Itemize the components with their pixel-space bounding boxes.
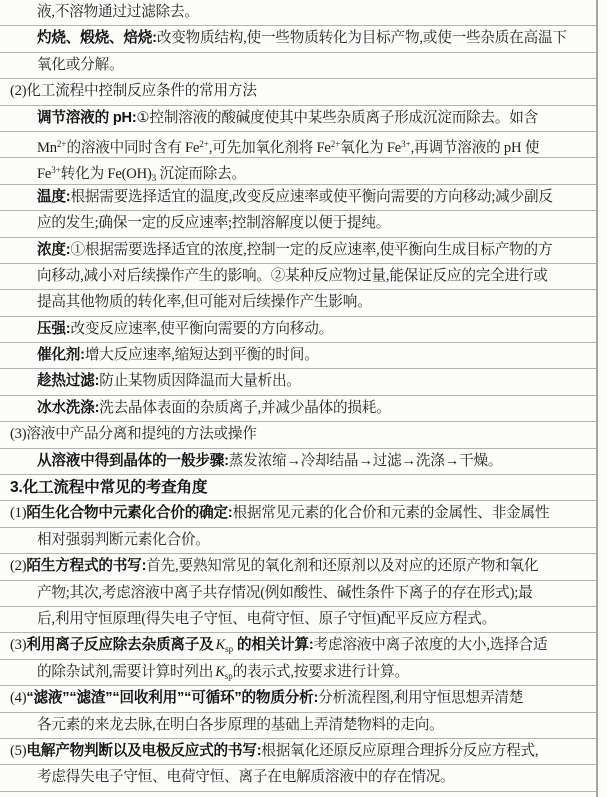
document-row: 相对强弱判断元素化合价。 bbox=[0, 528, 596, 554]
text-segment: ,可先加氧化剂将 Fe bbox=[209, 140, 331, 156]
text-segment: 催化剂: bbox=[37, 347, 85, 363]
text-segment: 改变物质结构,使一些物质转化为目标产物,或使一些杂质在高温下 bbox=[157, 30, 567, 46]
document-row: 压强:改变反应速率,使平衡向需要的方向移动。 bbox=[0, 317, 596, 343]
text-segment: (2) bbox=[10, 558, 26, 574]
document-row: 向移动,减小对后续操作产生的影响。②某种反应物过量,能保证反应的完全进行或 bbox=[0, 264, 596, 290]
text-segment: 氧化为 Fe bbox=[340, 140, 401, 156]
text-segment: 陌生方程式的书写: bbox=[26, 558, 146, 574]
text-segment: 趁热过滤: bbox=[37, 373, 99, 389]
text-segment: ①控制溶液的酸碱度使其中某些杂质离子形成沉淀而除去。如含 bbox=[137, 110, 539, 126]
text-segment: (3) bbox=[10, 637, 26, 653]
document-row: 浓度:①根据需要选择适宜的浓度,控制一定的反应速率,使平衡向生成目标产物的方 bbox=[0, 238, 596, 264]
text-segment: 浓度: bbox=[37, 242, 70, 258]
text-segment: sp bbox=[225, 644, 233, 654]
text-segment: 2+ bbox=[199, 139, 209, 149]
text-segment: 提高其他物质的转化率,但可能对后续操作产生影响。 bbox=[37, 294, 372, 310]
text-segment: 产物;其次,考虑溶液中离子共存情况(例如酸性、碱性条件下离子的存在形式);最 bbox=[37, 585, 532, 601]
text-segment: 的溶液中同时含有 Fe bbox=[66, 140, 199, 156]
text-segment: ①根据需要选择适宜的浓度,控制一定的反应速率,使平衡向生成目标产物的方 bbox=[70, 242, 552, 258]
document-row: 趁热过滤:防止某物质因降温而大量析出。 bbox=[0, 369, 596, 395]
text-segment: “滤液”“滤渣”“回收利用”“可循环”的物质分析: bbox=[26, 690, 318, 706]
text-segment: 温度: bbox=[37, 189, 70, 205]
text-segment: sp bbox=[225, 671, 233, 681]
text-segment: 增大反应速率,缩短达到平衡的时间。 bbox=[85, 347, 319, 363]
text-segment: 根据常见元素的化合价和元素的金属性、非金属性 bbox=[233, 505, 550, 521]
text-segment: K bbox=[214, 637, 226, 653]
document-row: (2)化工流程中控制反应条件的常用方法 bbox=[0, 79, 596, 105]
text-segment: (5) bbox=[10, 743, 26, 759]
text-segment: 向移动,减小对后续操作产生的影响。②某种反应物过量,能保证反应的完全进行或 bbox=[37, 268, 548, 284]
text-segment: Mn bbox=[37, 140, 57, 156]
document-row: 应的发生;确保一定的反应速率;控制溶解度以便于提纯。 bbox=[0, 211, 596, 237]
text-segment: (4) bbox=[10, 690, 26, 706]
document-row: 考虑得失电子守恒、电荷守恒、离子在电解质溶液中的存在情况。 bbox=[0, 765, 596, 791]
scanned-document-page: 液,不溶物通过过滤除去。灼烧、煅烧、焙烧:改变物质结构,使一些物质转化为目标产物… bbox=[0, 0, 607, 797]
text-segment: (1) bbox=[10, 505, 26, 521]
text-segment: 利用离子反应除去杂质离子及 bbox=[26, 637, 213, 653]
document-row: 氧化或分解。 bbox=[0, 53, 596, 79]
text-segment: 的相关计算: bbox=[233, 637, 313, 653]
text-segment: 考虑得失电子守恒、电荷守恒、离子在电解质溶液中的存在情况。 bbox=[37, 769, 454, 785]
text-segment: 电解产物判断以及电极反应式的书写: bbox=[26, 743, 261, 759]
text-segment: 灼烧、煅烧、焙烧: bbox=[37, 30, 157, 46]
document-row: (2)陌生方程式的书写:首先,要熟知常见的氧化剂和还原剂以及对应的还原产物和氧化 bbox=[0, 554, 596, 580]
text-segment: 2+ bbox=[331, 139, 341, 149]
text-segment: 冰水洗涤: bbox=[37, 400, 99, 416]
text-segment: 沉淀而除去。 bbox=[156, 166, 246, 182]
text-segment: 根据需要选择适宜的温度,改变反应速率或使平衡向需要的方向移动;减少副反 bbox=[70, 189, 552, 205]
text-segment: 分析流程图,利用守恒思想弄清楚 bbox=[318, 690, 523, 706]
document-row: 3.化工流程中常见的考查角度 bbox=[0, 475, 596, 501]
text-segment: 各元素的来龙去脉,在明白各步原理的基础上弄清楚物料的走向。 bbox=[37, 717, 443, 733]
document-row: Fe3+转化为 Fe(OH)3 沉淀而除去。 bbox=[0, 158, 596, 184]
document-row: (5)电解产物判断以及电极反应式的书写:根据氧化还原反应原理合理拆分反应方程式, bbox=[0, 739, 596, 765]
document-row: (3)溶液中产品分离和提纯的方法或操作 bbox=[0, 422, 596, 448]
text-segment: Fe bbox=[37, 166, 51, 182]
document-row: Mn2+的溶液中同时含有 Fe2+,可先加氧化剂将 Fe2+氧化为 Fe3+,再… bbox=[0, 132, 596, 158]
text-segment: 根据氧化还原反应原理合理拆分反应方程式, bbox=[261, 743, 538, 759]
text-segment: 改变反应速率,使平衡向需要的方向移动。 bbox=[70, 321, 333, 337]
text-segment: 从溶液中得到晶体的一般步骤: bbox=[37, 453, 229, 469]
text-segment: 转化为 Fe(OH) bbox=[61, 166, 152, 182]
document-row: 催化剂:增大反应速率,缩短达到平衡的时间。 bbox=[0, 343, 596, 369]
text-segment: 3+ bbox=[51, 165, 61, 175]
document-text-rows: 液,不溶物通过过滤除去。灼烧、煅烧、焙烧:改变物质结构,使一些物质转化为目标产物… bbox=[0, 0, 598, 797]
document-row: 各元素的来龙去脉,在明白各步原理的基础上弄清楚物料的走向。 bbox=[0, 713, 596, 739]
text-segment: 防止某物质因降温而大量析出。 bbox=[99, 373, 301, 389]
text-segment: 的表示式,按要求进行计算。 bbox=[233, 664, 409, 680]
document-row: 灼烧、煅烧、焙烧:改变物质结构,使一些物质转化为目标产物,或使一些杂质在高温下 bbox=[0, 26, 596, 52]
document-row: 提高其他物质的转化率,但可能对后续操作产生影响。 bbox=[0, 290, 596, 316]
document-row: 温度:根据需要选择适宜的温度,改变反应速率或使平衡向需要的方向移动;减少副反 bbox=[0, 185, 596, 211]
text-segment: 陌生化合物中元素化合价的确定: bbox=[26, 505, 232, 521]
text-segment: (2)化工流程中控制反应条件的常用方法 bbox=[10, 83, 257, 99]
text-segment: 相对强弱判断元素化合价。 bbox=[37, 532, 210, 548]
text-segment: 洗去晶体表面的杂质离子,并减少晶体的损耗。 bbox=[99, 400, 390, 416]
text-segment: 蒸发浓缩→冷却结晶→过滤→洗涤→干燥。 bbox=[229, 453, 502, 469]
text-segment: 首先,要熟知常见的氧化剂和还原剂以及对应的还原产物和氧化 bbox=[146, 558, 538, 574]
text-segment: 应的发生;确保一定的反应速率;控制溶解度以便于提纯。 bbox=[37, 215, 390, 231]
document-row: 液,不溶物通过过滤除去。 bbox=[0, 0, 596, 26]
document-row: (3)利用离子反应除去杂质离子及Ksp 的相关计算:考虑溶液中离子浓度的大小,选… bbox=[0, 633, 596, 659]
document-row: 调节溶液的 pH:①控制溶液的酸碱度使其中某些杂质离子形成沉淀而除去。如含 bbox=[0, 106, 596, 132]
text-segment: 后,利用守恒原理(得失电子守恒、电荷守恒、原子守恒)配平反应方程式。 bbox=[37, 611, 496, 627]
text-segment: 调节溶液的 pH: bbox=[37, 110, 137, 126]
text-segment: 3.化工流程中常见的考查角度 bbox=[10, 479, 207, 496]
document-row: (1)陌生化合物中元素化合价的确定:根据常见元素的化合价和元素的金属性、非金属性 bbox=[0, 501, 596, 527]
document-row: 后,利用守恒原理(得失电子守恒、电荷守恒、原子守恒)配平反应方程式。 bbox=[0, 607, 596, 633]
document-row: 的除杂试剂,需要计算时列出Ksp的表示式,按要求进行计算。 bbox=[0, 660, 596, 686]
text-segment: 3+ bbox=[401, 139, 411, 149]
text-segment: 氧化或分解。 bbox=[37, 57, 123, 73]
document-row: (4)“滤液”“滤渣”“回收利用”“可循环”的物质分析:分析流程图,利用守恒思想… bbox=[0, 686, 596, 712]
text-segment: (3)溶液中产品分离和提纯的方法或操作 bbox=[10, 426, 257, 442]
text-segment: 的除杂试剂,需要计算时列出 bbox=[37, 664, 213, 680]
document-row: 从溶液中得到晶体的一般步骤:蒸发浓缩→冷却结晶→过滤→洗涤→干燥。 bbox=[0, 449, 596, 475]
text-segment: K bbox=[213, 664, 225, 680]
text-segment: ,再调节溶液的 pH 使 bbox=[411, 140, 540, 156]
document-row: 产物;其次,考虑溶液中离子共存情况(例如酸性、碱性条件下离子的存在形式);最 bbox=[0, 581, 596, 607]
text-segment: 考虑溶液中离子浓度的大小,选择合适 bbox=[314, 637, 548, 653]
text-segment: 液,不溶物通过过滤除去。 bbox=[37, 4, 199, 20]
document-row: 冰水洗涤:洗去晶体表面的杂质离子,并减少晶体的损耗。 bbox=[0, 396, 596, 422]
text-segment: 压强: bbox=[37, 321, 70, 337]
